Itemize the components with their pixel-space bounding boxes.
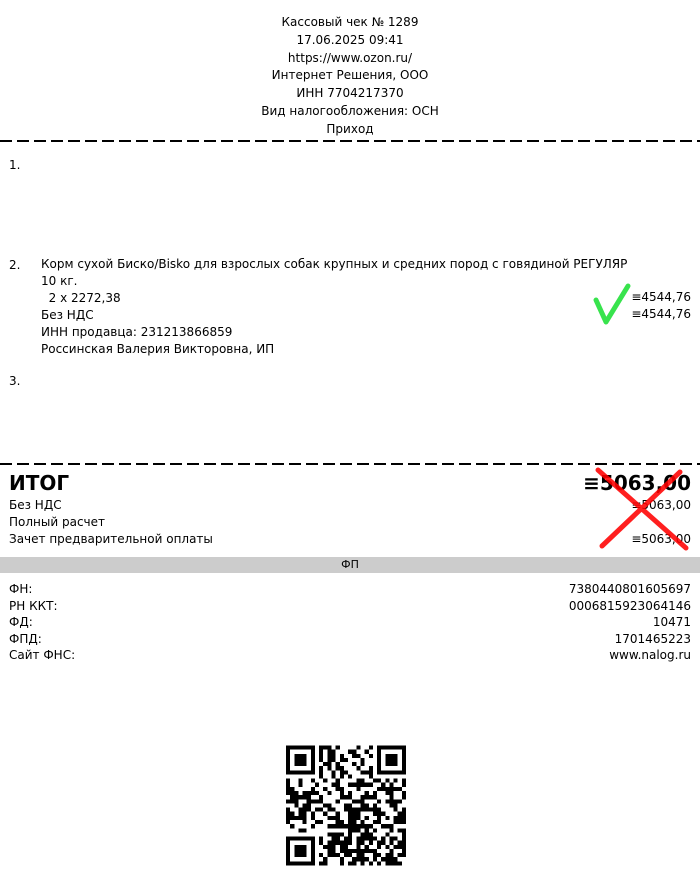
store-url: https://www.ozon.ru/ xyxy=(0,50,700,68)
total-value: ≡5063,00 xyxy=(583,471,691,495)
total-label: ИТОГ xyxy=(9,471,69,495)
payment-type: Полный расчет xyxy=(9,515,105,529)
divider xyxy=(0,463,700,465)
receipt-datetime: 17.06.2025 09:41 xyxy=(0,32,700,50)
prepayment-label: Зачет предварительной оплаты xyxy=(9,532,213,546)
fpd-label: ФПД: xyxy=(9,632,42,646)
fn-label: ФН: xyxy=(9,582,32,596)
seller-inn: ИНН продавца: 231213866859 xyxy=(41,324,627,341)
qr-code xyxy=(286,745,406,866)
seller-name: Россинская Валерия Викторовна, ИП xyxy=(41,341,627,358)
fpd-value: 1701465223 xyxy=(615,632,691,646)
item-name-cont: 10 кг. xyxy=(41,273,627,290)
rn-kkt-label: РН ККТ: xyxy=(9,599,58,613)
item-number: 1. xyxy=(9,158,20,172)
item-number: 3. xyxy=(9,374,20,388)
item-name: Корм сухой Биско/Bisko для взрослых соба… xyxy=(41,256,627,273)
fiscal-section-header: ФП xyxy=(0,557,700,573)
fns-site-label: Сайт ФНС: xyxy=(9,648,75,662)
item-number: 2. xyxy=(9,258,20,272)
prepayment-value: ≡5063,00 xyxy=(631,532,691,546)
fd-label: ФД: xyxy=(9,615,33,629)
item-sum: ≡4544,76 xyxy=(631,290,691,304)
fd-value: 10471 xyxy=(653,615,691,629)
total-vat-value: ≡5063,00 xyxy=(631,498,691,512)
tax-system: Вид налогообложения: ОСН xyxy=(0,103,700,121)
rn-kkt-value: 0006815923064146 xyxy=(569,599,691,613)
item-qty-price: 2 x 2272,38 xyxy=(41,290,627,307)
fiscal-title: ФП xyxy=(341,558,359,571)
divider xyxy=(0,140,700,142)
fn-value: 7380440801605697 xyxy=(569,582,691,596)
operation-type: Приход xyxy=(0,121,700,139)
company-name: Интернет Решения, ООО xyxy=(0,67,700,85)
total-vat-label: Без НДС xyxy=(9,498,62,512)
receipt-number: Кассовый чек № 1289 xyxy=(0,14,700,32)
list-item: Корм сухой Биско/Bisko для взрослых соба… xyxy=(41,256,627,358)
company-inn: ИНН 7704217370 xyxy=(0,85,700,103)
item-vat-sum: ≡4544,76 xyxy=(631,307,691,321)
item-vat: Без НДС xyxy=(41,307,627,324)
fns-site-value[interactable]: www.nalog.ru xyxy=(609,648,691,662)
receipt-header: Кассовый чек № 1289 17.06.2025 09:41 htt… xyxy=(0,14,700,139)
